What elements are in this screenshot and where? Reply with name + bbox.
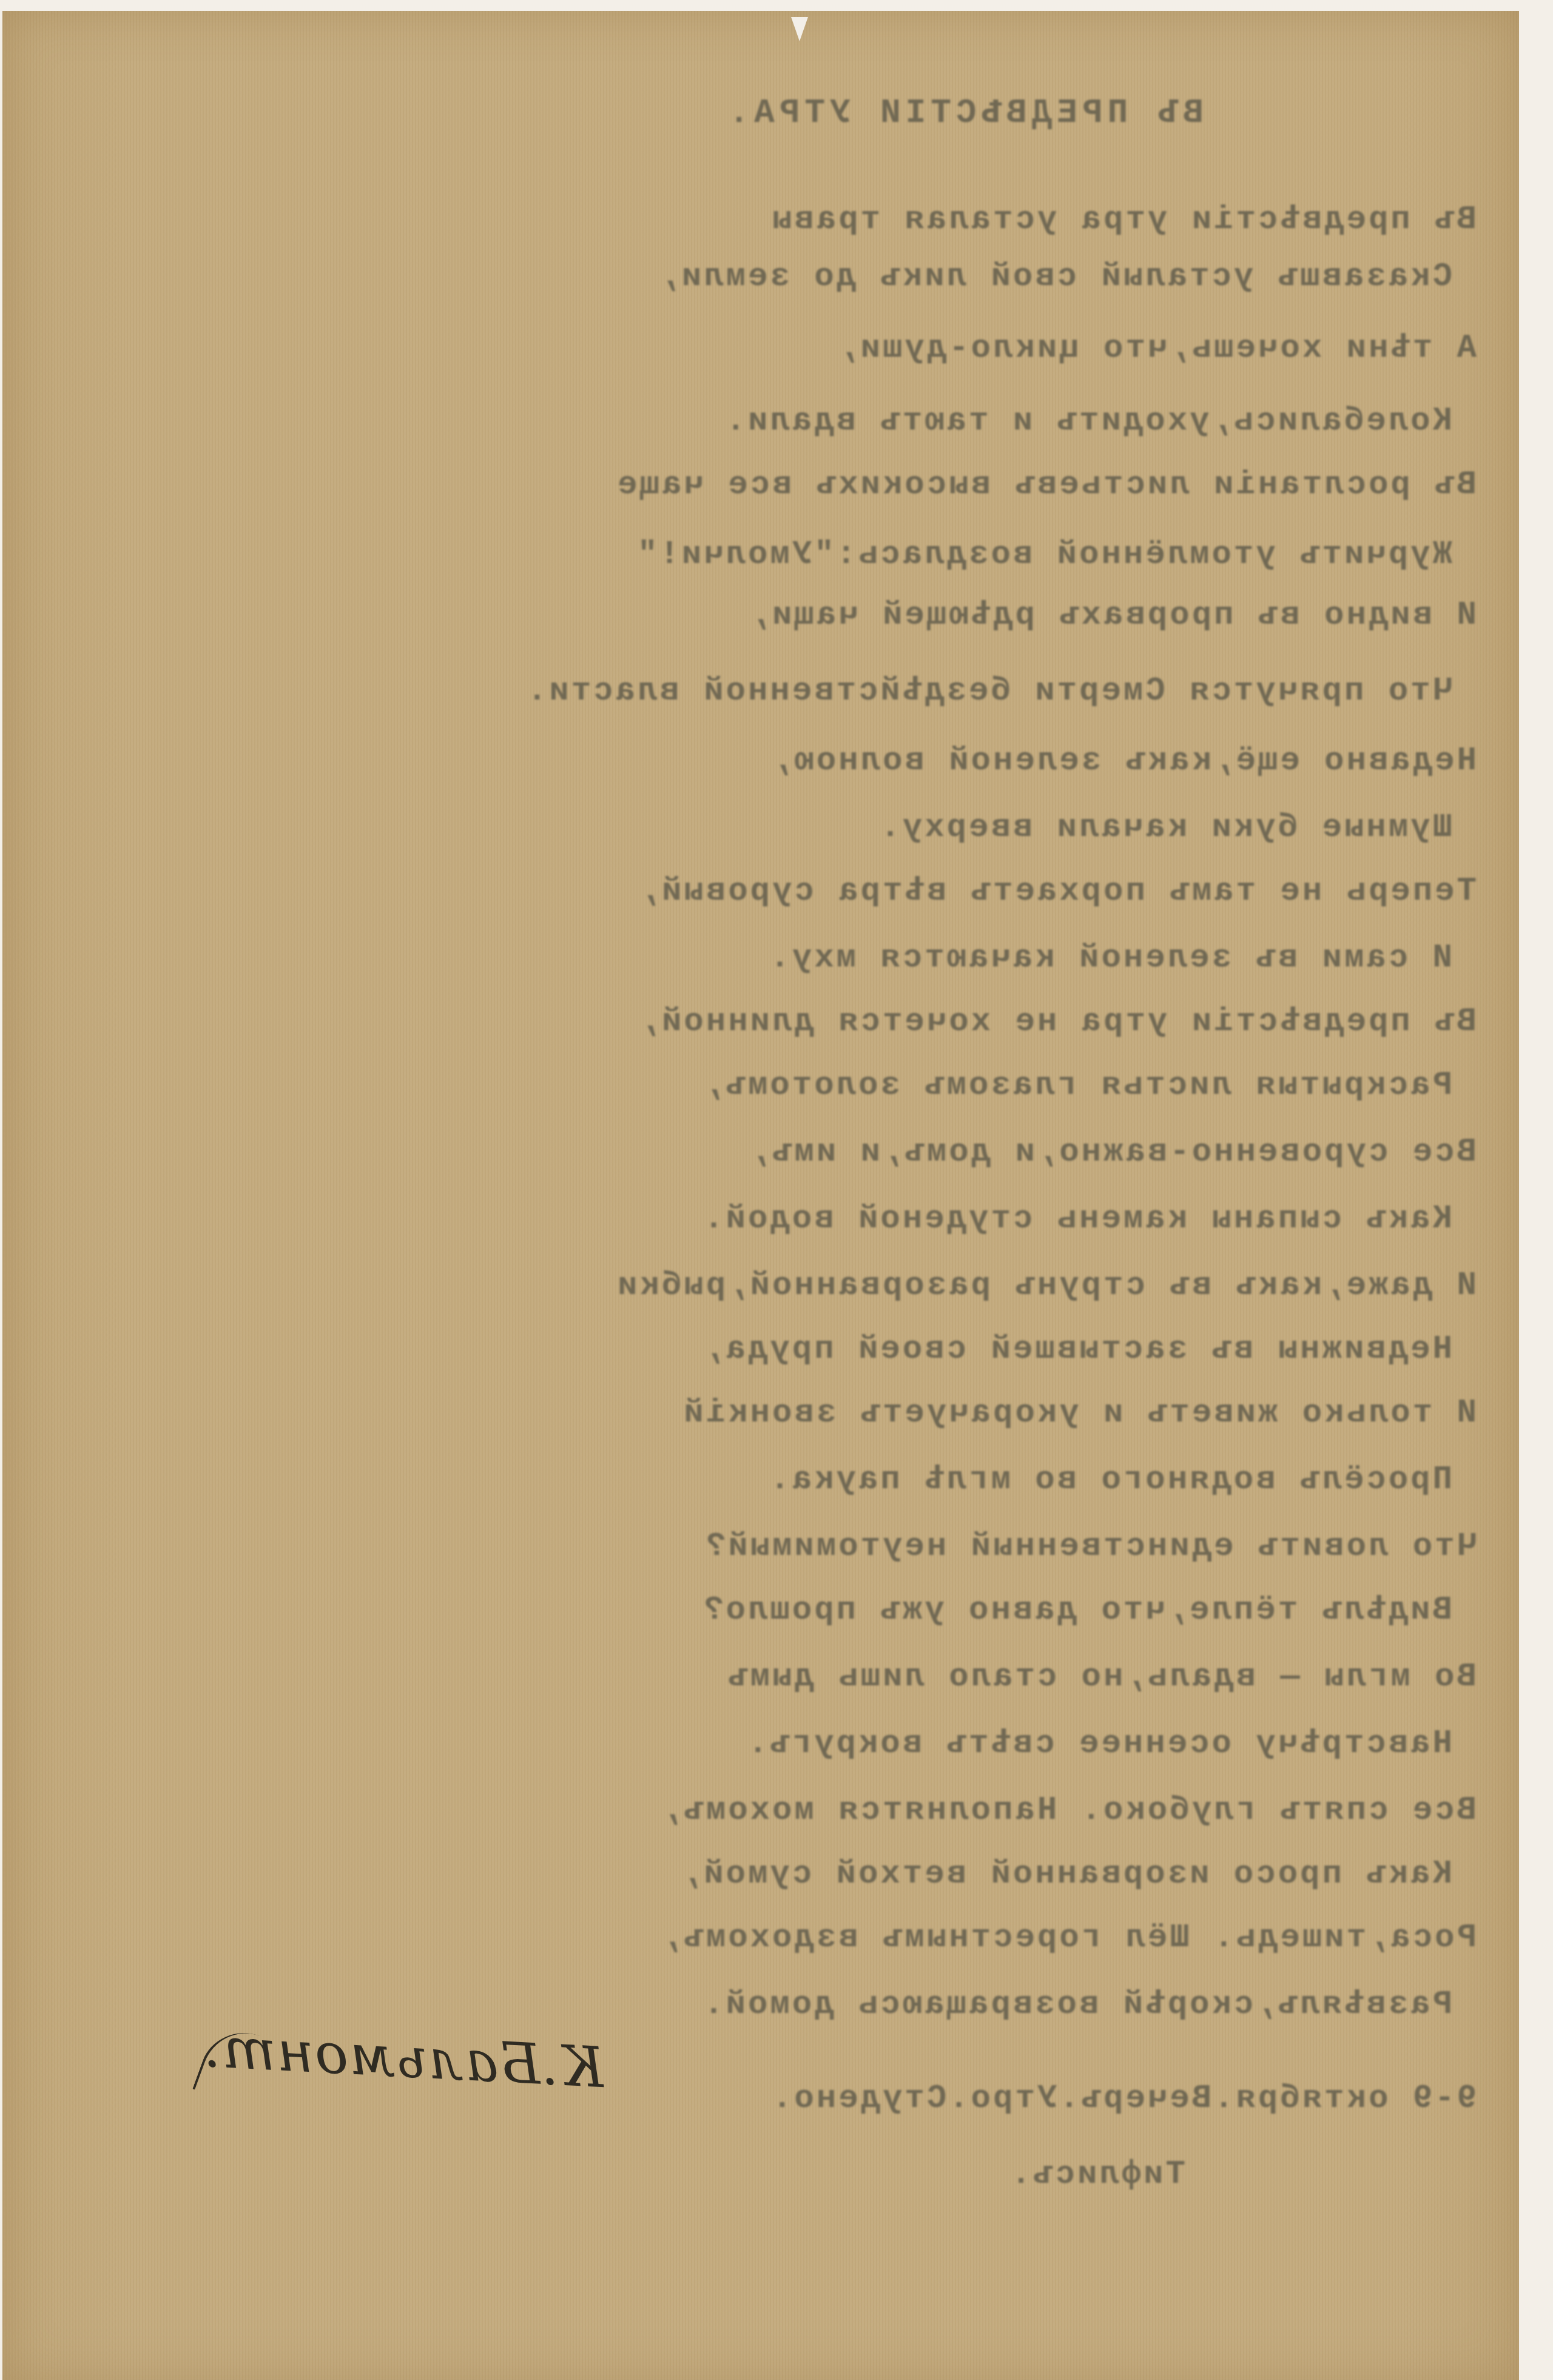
poem-line: И даже,какъ въ струнъ разорванной,рыбки (615, 1270, 1477, 1303)
poem-line: Что ловитъ единственный неутомимый? (704, 1531, 1477, 1563)
poem-line: Какъ сыпаны камень студеной водой. (701, 1203, 1452, 1236)
poem-line: И видно въ прорвахъ рдѣющей чащи, (748, 599, 1477, 632)
poem-line: Видѣлъ тёпле,что давно ужъ прошло? (701, 1594, 1452, 1627)
poem-line: Въ рослтанiи листьевъ высокихъ все чаще (615, 469, 1477, 502)
poem-line: Въ предвѣстiи утра не хочется длинной, (638, 1006, 1477, 1039)
place-line: Тифлисъ. (1009, 2159, 1185, 2191)
poem-line: Все суровенно-важно,и домъ,и имъ, (748, 1136, 1477, 1169)
poem-line: Журчитъ утомлённой воздлась:"Умолчи!" (635, 539, 1452, 571)
poem-line: Просёлъ водяного во мглѣ паука. (767, 1464, 1452, 1497)
poem-line: Развѣялъ,скорѣй возвращаюсь домой. (701, 1989, 1452, 2021)
paper-sheet: ВЪ ПРЕДВѢСТIИ УТРА. Въ предвѣстiи утра у… (2, 11, 1519, 2380)
poem-line: Роса,тишедь. Шёл горестнымъ вздохомъ, (659, 1922, 1477, 1955)
poem-title: ВЪ ПРЕДВѢСТIИ УТРА. (724, 96, 1204, 130)
poem-line: Въ предвѣстiи утра усталая травы (770, 204, 1477, 237)
poem-line: Во мглы — вдаль,но стало лишь дымъ (726, 1661, 1477, 1694)
date-line: 9-9 октября.Вечеръ.Утро.Студено. (770, 2083, 1477, 2115)
poem-line: Недавно ещё,какъ зеленой волною, (770, 745, 1477, 778)
poem-line: Теперь не тамъ порхаетъ вѣтра суровый, (638, 875, 1477, 908)
poem-line: Колебались,уходитъ и таютъ вдали. (724, 405, 1452, 438)
poem-line: Раскрытыя листья глазомъ золотомъ, (701, 1070, 1452, 1102)
poem-line: Шумные буки качали вверху. (878, 812, 1452, 844)
poem-line: Что прячутся Смерти бездѣйственной власт… (525, 675, 1452, 708)
poem-line: Какъ просо изорванной ветхой сумой, (679, 1858, 1452, 1891)
poem-line: И сами въ зеленой качаются мху. (767, 942, 1452, 975)
poem-line: Навстрѣчу осеннее свѣтъ вокругъ. (746, 1728, 1452, 1761)
poem-line: Сказавшъ усталый свой ликъ до земли, (657, 261, 1452, 294)
poem-line: И только живетъ и укорачуетъ звонкiй (681, 1397, 1477, 1430)
poem-line: Все спятъ глубоко. Наполнятся мохомъ, (659, 1795, 1477, 1827)
poem-line: Недвижны въ застывшей своей пруда, (701, 1333, 1452, 1366)
poem-line: А тѣни хочешь,что цикло-души, (836, 332, 1477, 365)
